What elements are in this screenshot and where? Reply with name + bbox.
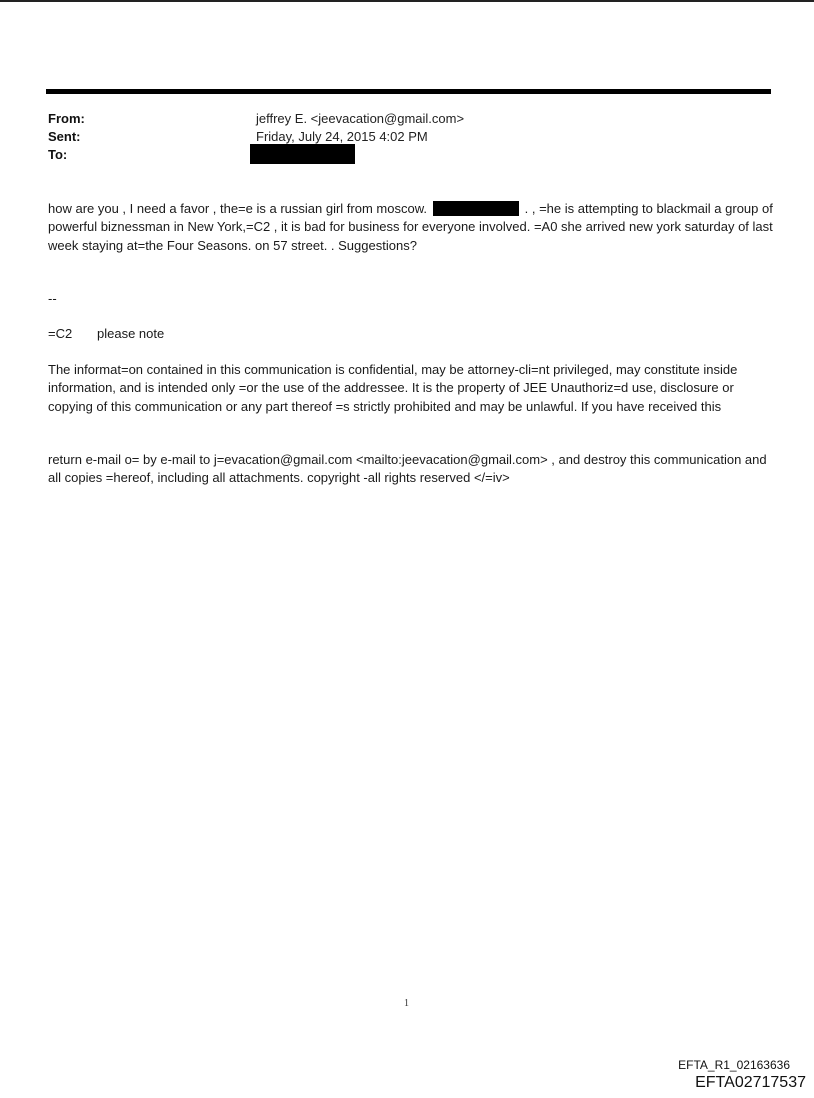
to-label: To: — [48, 146, 67, 164]
please-note-code: =C2 — [48, 325, 97, 343]
bates-number-secondary: EFTA02717537 — [695, 1074, 806, 1092]
page-top-edge — [0, 0, 814, 2]
please-note-line: =C2please note — [48, 325, 778, 343]
from-label: From: — [48, 110, 85, 128]
from-value: jeffrey E. <jeevacation@gmail.com> — [256, 110, 464, 128]
signature-separator: -- — [48, 290, 778, 308]
confidentiality-disclaimer: The informat=on contained in this commun… — [48, 361, 778, 416]
please-note-text: please note — [97, 326, 164, 341]
to-redaction-box — [250, 144, 355, 164]
header-rule — [46, 89, 771, 94]
return-notice: return e-mail o= by e-mail to j=evacatio… — [48, 451, 778, 488]
message-text-part1: how are you , I need a favor , the=e is … — [48, 201, 427, 216]
message-paragraph: how are you , I need a favor , the=e is … — [48, 200, 778, 255]
sent-label: Sent: — [48, 128, 81, 146]
bates-number-primary: EFTA_R1_02163636 — [678, 1058, 790, 1072]
name-redaction-box — [433, 201, 519, 216]
page-number: 1 — [404, 998, 409, 1009]
